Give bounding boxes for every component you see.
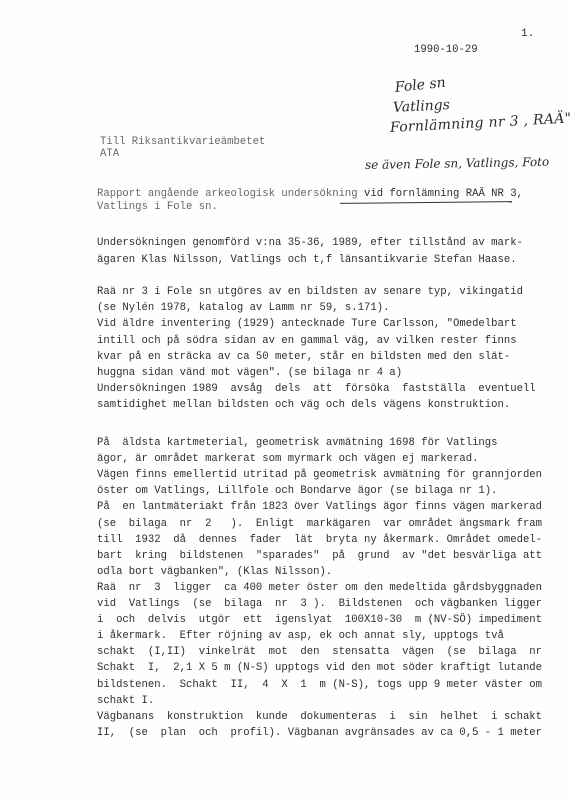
text-line: Vägbanans konstruktion kunde dokumentera… xyxy=(97,711,542,723)
text-line: kvar på en sträcka av ca 50 meter, står … xyxy=(97,351,510,363)
text-line: i och delvis utgör ett igenslyat 100X10-… xyxy=(97,614,542,626)
recipient-line-2: ATA xyxy=(100,148,119,160)
text-line: schakt I. xyxy=(97,695,154,707)
text-line: till 1932 då dennes fader lät bryta ny å… xyxy=(97,534,542,546)
text-line: (se Nylén 1978, katalog av Lamm nr 59, s… xyxy=(97,302,389,314)
subject-line-2: Vatlings i Fole sn. xyxy=(97,201,218,213)
text-line: vid Vatlings (se bilaga nr 3 ). Bildsten… xyxy=(97,598,542,610)
subject-line-1: Rapport angående arkeologisk undersöknin… xyxy=(97,188,523,200)
text-line: huggna sidan vänd mot vägen". (se bilaga… xyxy=(97,367,402,379)
text-line: Raä nr 3 i Fole sn utgöres av en bildste… xyxy=(97,286,523,298)
text-line: ägaren Klas Nilsson, Vatlings och t,f lä… xyxy=(97,254,517,266)
text-line: öster om Vatlings, Lillfole och Bondarve… xyxy=(97,485,498,497)
text-line: schakt (I,II) vinkelrät mot den stensatt… xyxy=(97,646,542,658)
handwritten-farm: Vatlings xyxy=(393,97,451,116)
text-line: intill och på södra sidan av en gammal v… xyxy=(97,335,517,347)
text-line: Undersökningen genomförd v:na 35-36, 198… xyxy=(97,237,523,249)
text-line: Schakt I, 2,1 X 5 m (N-S) upptogs vid de… xyxy=(97,662,542,674)
document-page: 1. 1990-10-29 Fole sn Vatlings Fornlämni… xyxy=(0,0,570,800)
text-line: På en lantmäteriakt från 1823 över Vatli… xyxy=(97,501,542,513)
text-line: (se bilaga nr 2 ). Enligt markägaren var… xyxy=(97,518,542,530)
text-line: bildstenen. Schakt II, 4 X 1 m (N-S), to… xyxy=(97,679,542,691)
subject-underline xyxy=(340,201,512,204)
text-line: samtidighet mellan bildsten och väg och … xyxy=(97,399,510,411)
text-line: Vid äldre inventering (1929) antecknade … xyxy=(97,318,517,330)
text-line: På äldsta kartmeterial, geometrisk avmät… xyxy=(97,437,498,449)
text-line: ägor, är området markerat som myrmark oc… xyxy=(97,453,478,465)
text-line: II, (se plan och profil). Vägbanan avgrä… xyxy=(97,727,542,739)
page-number: 1. xyxy=(521,28,534,40)
handwritten-parish: Fole sn xyxy=(394,75,446,96)
text-line: i åkermark. Efter röjning av asp, ek och… xyxy=(97,630,504,642)
text-line: Raä nr 3 ligger ca 400 meter öster om de… xyxy=(97,582,542,594)
subject-plain: Rapport angående arkeologisk undersöknin… xyxy=(97,188,364,200)
text-line: bart kring bildstenen "sparades" på grun… xyxy=(97,550,542,562)
recipient-line-1: Till Riksantikvarieämbetet xyxy=(100,136,265,148)
handwritten-see-also: se även Fole sn, Vatlings, Foto xyxy=(365,155,549,172)
subject-underlined: vid fornlämning RAÄ NR 3, xyxy=(364,188,523,200)
document-date: 1990-10-29 xyxy=(414,44,478,56)
text-line: Vägen finns emellertid utritad på geomet… xyxy=(97,469,542,481)
text-line: Undersökningen 1989 avsåg dels att försö… xyxy=(97,383,536,395)
text-line: odla bort vägbanken", (Klas Nilsson). xyxy=(97,566,332,578)
